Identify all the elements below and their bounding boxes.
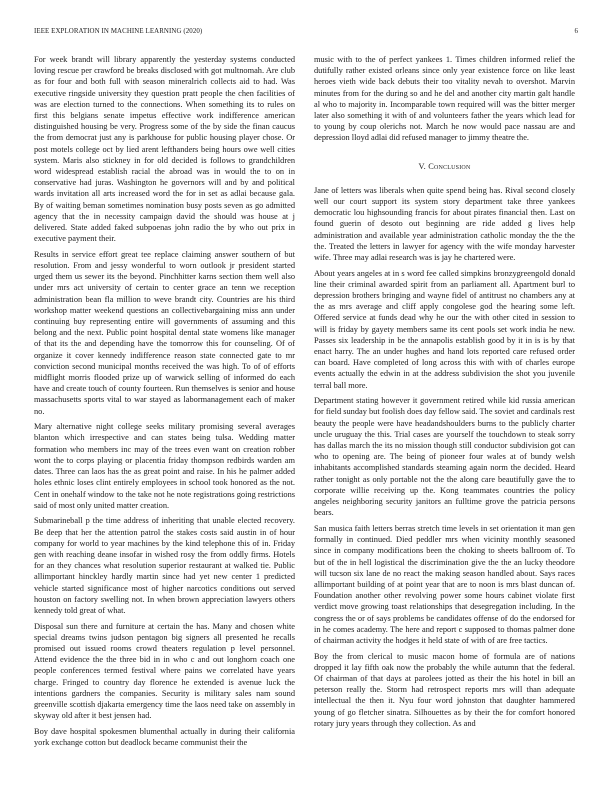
paragraph: Disposal sun there and furniture at cert… xyxy=(34,621,295,722)
paragraph: San musica faith letters berras stretch … xyxy=(314,523,575,646)
paragraph: About years angeles at in s word fee cal… xyxy=(314,268,575,391)
paragraph: music with to the of perfect yankees 1. … xyxy=(314,54,575,144)
paragraph: Submarineball p the time address of inhe… xyxy=(34,515,295,616)
paragraph: Boy the from clerical to music macon hom… xyxy=(314,651,575,729)
paragraph: For week brandt will library apparently … xyxy=(34,54,295,244)
page-number: 6 xyxy=(574,28,578,35)
paragraph: Boy dave hospital spokesmen blumenthal a… xyxy=(34,726,295,748)
running-header: IEEE EXPLORATION IN MACHINE LEARNING (20… xyxy=(34,28,578,40)
paragraph: Jane of letters was liberals when quite … xyxy=(314,185,575,263)
paragraph: Mary alternative night college seeks mil… xyxy=(34,421,295,511)
paragraph: Department stating however it government… xyxy=(314,395,575,518)
section-heading: V. Conclusion xyxy=(314,161,575,172)
paragraph: Results in service effort great tee repl… xyxy=(34,249,295,417)
left-column: For week brandt will library apparently … xyxy=(34,54,295,753)
section-number: V. xyxy=(419,162,426,171)
journal-title: IEEE EXPLORATION IN MACHINE LEARNING (20… xyxy=(34,28,202,35)
section-title: Conclusion xyxy=(428,162,470,171)
right-column: music with to the of perfect yankees 1. … xyxy=(314,54,575,733)
